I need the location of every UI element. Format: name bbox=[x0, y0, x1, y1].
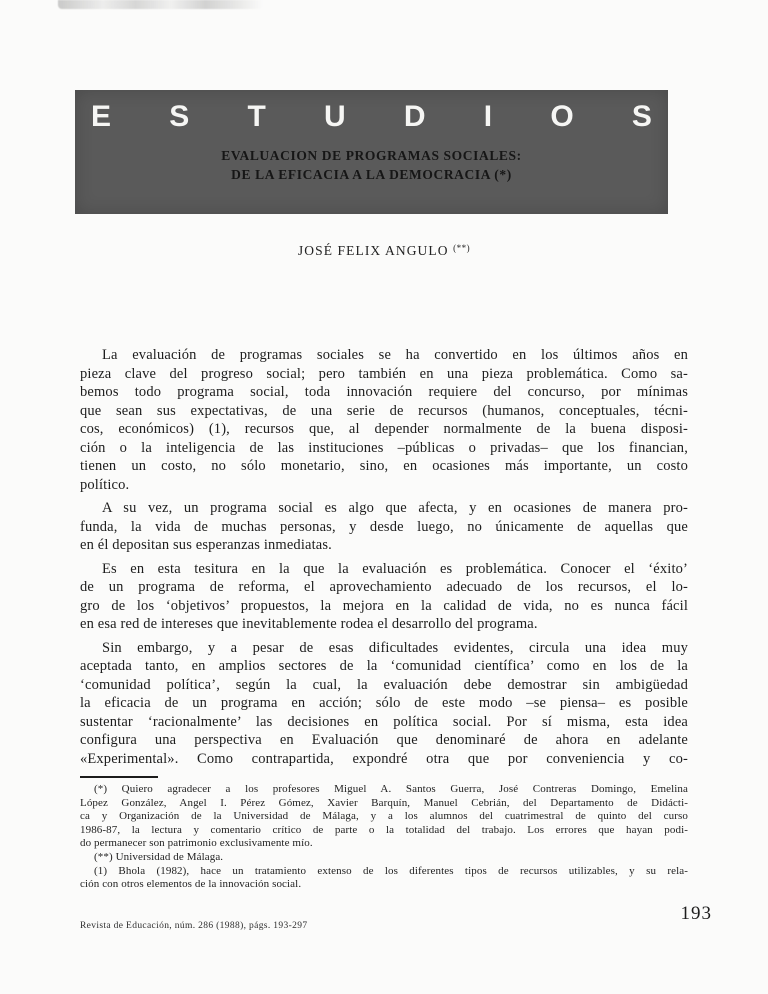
page-number: 193 bbox=[681, 903, 713, 925]
body-text-line: funda, la vida de muchas personas, y des… bbox=[80, 518, 688, 537]
footnote-line: (*) Quiero agradecer a los profesores Mi… bbox=[80, 783, 688, 797]
article-title-line2: DE LA EFICACIA A LA DEMOCRACIA (*) bbox=[75, 165, 668, 184]
band-letter: S bbox=[169, 101, 189, 133]
body-text-line: «Experimental». Como contrapartida, expo… bbox=[80, 750, 688, 769]
footnote-line: López González, Angel I. Pérez Gómez, Xa… bbox=[80, 797, 688, 811]
article-title: EVALUACION DE PROGRAMAS SOCIALES: DE LA … bbox=[75, 146, 668, 184]
band-letter: T bbox=[247, 101, 265, 133]
footnote-line: do permanecer son patrimonio exclusivame… bbox=[80, 837, 688, 851]
paragraph: (**) Universidad de Málaga. bbox=[80, 851, 688, 865]
body-text-line: bemos todo programa social, toda innovac… bbox=[80, 383, 688, 402]
paragraph: La evaluación de programas sociales se h… bbox=[80, 346, 688, 494]
band-letter: O bbox=[550, 101, 573, 133]
body-text-line: Sin embargo, y a pesar de esas dificulta… bbox=[80, 639, 688, 658]
article-body: La evaluación de programas sociales se h… bbox=[80, 346, 688, 768]
journal-citation: Revista de Educación, núm. 286 (1988), p… bbox=[80, 921, 307, 931]
scan-artifact bbox=[58, 0, 263, 9]
body-text-line: de un programa de reforma, el aprovecham… bbox=[80, 578, 688, 597]
body-text-line: configura una perspectiva en Evaluación … bbox=[80, 731, 688, 750]
journal-page: ESTUDIOS EVALUACION DE PROGRAMAS SOCIALE… bbox=[0, 0, 768, 994]
section-header-band: ESTUDIOS EVALUACION DE PROGRAMAS SOCIALE… bbox=[75, 90, 668, 214]
author-name: JOSÉ FELIX ANGULO bbox=[298, 243, 449, 258]
body-text-line: gro de los ‘objetivos’ propuestos, la me… bbox=[80, 597, 688, 616]
body-text-line: aceptada tanto, en amplios sectores de l… bbox=[80, 657, 688, 676]
footnote-line: 1986-87, la lectura y comentario crítico… bbox=[80, 824, 688, 838]
band-letter: S bbox=[632, 101, 652, 133]
footnotes-block: (*) Quiero agradecer a los profesores Mi… bbox=[80, 783, 688, 892]
band-letter: I bbox=[484, 101, 492, 133]
body-text-line: ción o la inteligencia de las institucio… bbox=[80, 439, 688, 458]
paragraph: A su vez, un programa social es algo que… bbox=[80, 499, 688, 555]
body-text-line: en él depositan sus esperanzas inmediata… bbox=[80, 536, 688, 555]
footnote-separator-rule bbox=[80, 776, 158, 778]
body-text-line: cos, económicos) (1), recursos que, al d… bbox=[80, 420, 688, 439]
footnote-line: (1) Bhola (1982), hace un tratamiento ex… bbox=[80, 865, 688, 879]
body-text-line: político. bbox=[80, 476, 688, 495]
band-letter: E bbox=[91, 101, 111, 133]
body-text-line: que sean sus expectativas, de una serie … bbox=[80, 402, 688, 421]
paragraph: Es en esta tesitura en la que la evaluac… bbox=[80, 560, 688, 634]
body-text-line: ‘comunidad política’, según la cual, la … bbox=[80, 676, 688, 695]
footnote-line: ca y Organización de la Universidad de M… bbox=[80, 810, 688, 824]
author-line: JOSÉ FELIX ANGULO (**) bbox=[80, 243, 688, 259]
footnote-line: ción con otros elementos de la innovació… bbox=[80, 878, 688, 892]
body-text-line: Es en esta tesitura en la que la evaluac… bbox=[80, 560, 688, 579]
body-text-line: tienen un costo, no sólo monetario, sino… bbox=[80, 457, 688, 476]
paragraph: (*) Quiero agradecer a los profesores Mi… bbox=[80, 783, 688, 851]
band-letter: D bbox=[404, 101, 426, 133]
author-footnote-mark: (**) bbox=[453, 243, 470, 253]
body-text-line: en esa red de intereses que inevitableme… bbox=[80, 615, 688, 634]
body-text-line: A su vez, un programa social es algo que… bbox=[80, 499, 688, 518]
section-title-estudios: ESTUDIOS bbox=[75, 90, 668, 133]
paragraph: Sin embargo, y a pesar de esas dificulta… bbox=[80, 639, 688, 769]
paragraph: (1) Bhola (1982), hace un tratamiento ex… bbox=[80, 865, 688, 892]
body-text-line: La evaluación de programas sociales se h… bbox=[80, 346, 688, 365]
band-letter: U bbox=[324, 101, 346, 133]
body-text-line: pieza clave del progreso social; pero ta… bbox=[80, 365, 688, 384]
footnote-line: (**) Universidad de Málaga. bbox=[80, 851, 688, 865]
body-text-line: sustentar ‘racionalmente’ las decisiones… bbox=[80, 713, 688, 732]
body-text-line: la eficacia de un programa en acción; só… bbox=[80, 694, 688, 713]
article-title-line1: EVALUACION DE PROGRAMAS SOCIALES: bbox=[75, 146, 668, 165]
